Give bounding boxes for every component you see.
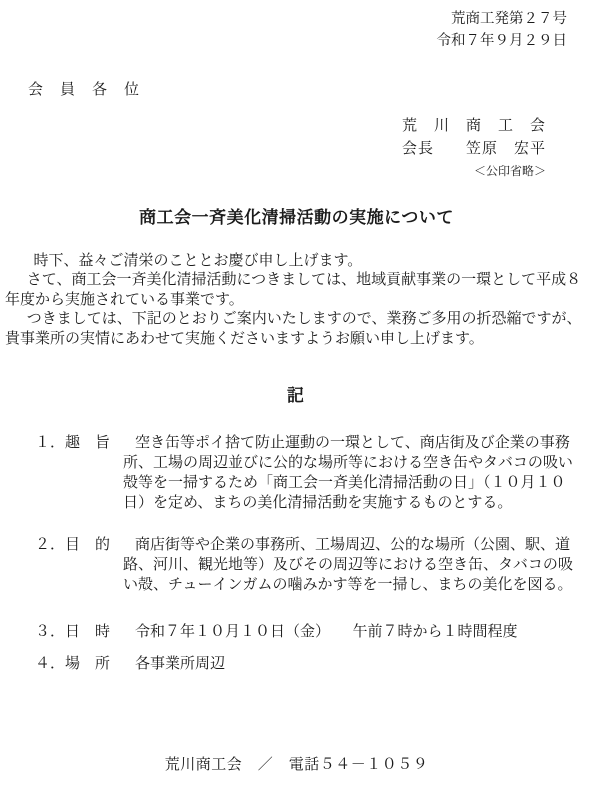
sender-organization: 荒 川 商 工 会 [402,115,546,138]
body-text: 時下、益々ご清栄のこととお慶び申し上げます。 さて、商工会一斉美化清掃活動につき… [5,252,588,349]
item-label: ４．場 所 [35,654,123,674]
document-reference-block: 荒商工発第２７号 令和７年９月２９日 [5,8,588,52]
sender-block: 荒 川 商 工 会 会長 笠原 宏平 ＜公印省略＞ [5,115,546,181]
item-text: 令和７年１０月１０日（金） 午前７時から１時間程度 [123,622,582,642]
document-title: 商工会一斉美化清掃活動の実施について [5,203,588,228]
seal-omission-note: ＜公印省略＞ [474,161,546,181]
background-paragraph: さて、商工会一斉美化清掃活動につきましては、地域貢献事業の一環として平成８年度か… [5,271,588,310]
item-label: １．趣 旨 [35,433,123,513]
item-objective: ２．目 的 商店街等や企業の事務所、工場周辺、公的な場所（公園、駅、道路、河川、… [35,535,582,595]
item-purpose: １．趣 旨 空き缶等ポイ捨て防止運動の一環として、商店街及び企業の事務所、工場の… [35,433,582,513]
sender-president-name: 会長 笠原 宏平 [402,138,546,161]
footer-contact-line: 荒川商工会 ／ 電話５４－１０５９ [0,753,593,774]
greeting-paragraph: 時下、益々ご清栄のこととお慶び申し上げます。 [5,252,588,271]
addressee-line: 会 員 各 位 [5,78,588,99]
request-paragraph: つきましては、下記のとおりご案内いたしますので、業務ご多用の折恐縮ですが、貴事業… [5,310,588,349]
document-date: 令和７年９月２９日 [5,30,567,52]
document-number: 荒商工発第２７号 [5,8,567,30]
item-label: ２．目 的 [35,535,123,595]
item-label: ３．日 時 [35,622,123,642]
document-page: 荒商工発第２７号 令和７年９月２９日 会 員 各 位 荒 川 商 工 会 会長 … [0,0,593,788]
item-text: 空き缶等ポイ捨て防止運動の一環として、商店街及び企業の事務所、工場の周辺並びに公… [123,433,582,513]
item-place: ４．場 所 各事業所周辺 [35,654,582,674]
record-heading: 記 [5,381,588,406]
item-datetime: ３．日 時 令和７年１０月１０日（金） 午前７時から１時間程度 [35,622,582,642]
item-text: 各事業所周辺 [123,654,582,674]
item-text: 商店街等や企業の事務所、工場周辺、公的な場所（公園、駅、道路、河川、観光地等）及… [123,535,582,595]
detail-items: １．趣 旨 空き缶等ポイ捨て防止運動の一環として、商店街及び企業の事務所、工場の… [5,433,588,674]
